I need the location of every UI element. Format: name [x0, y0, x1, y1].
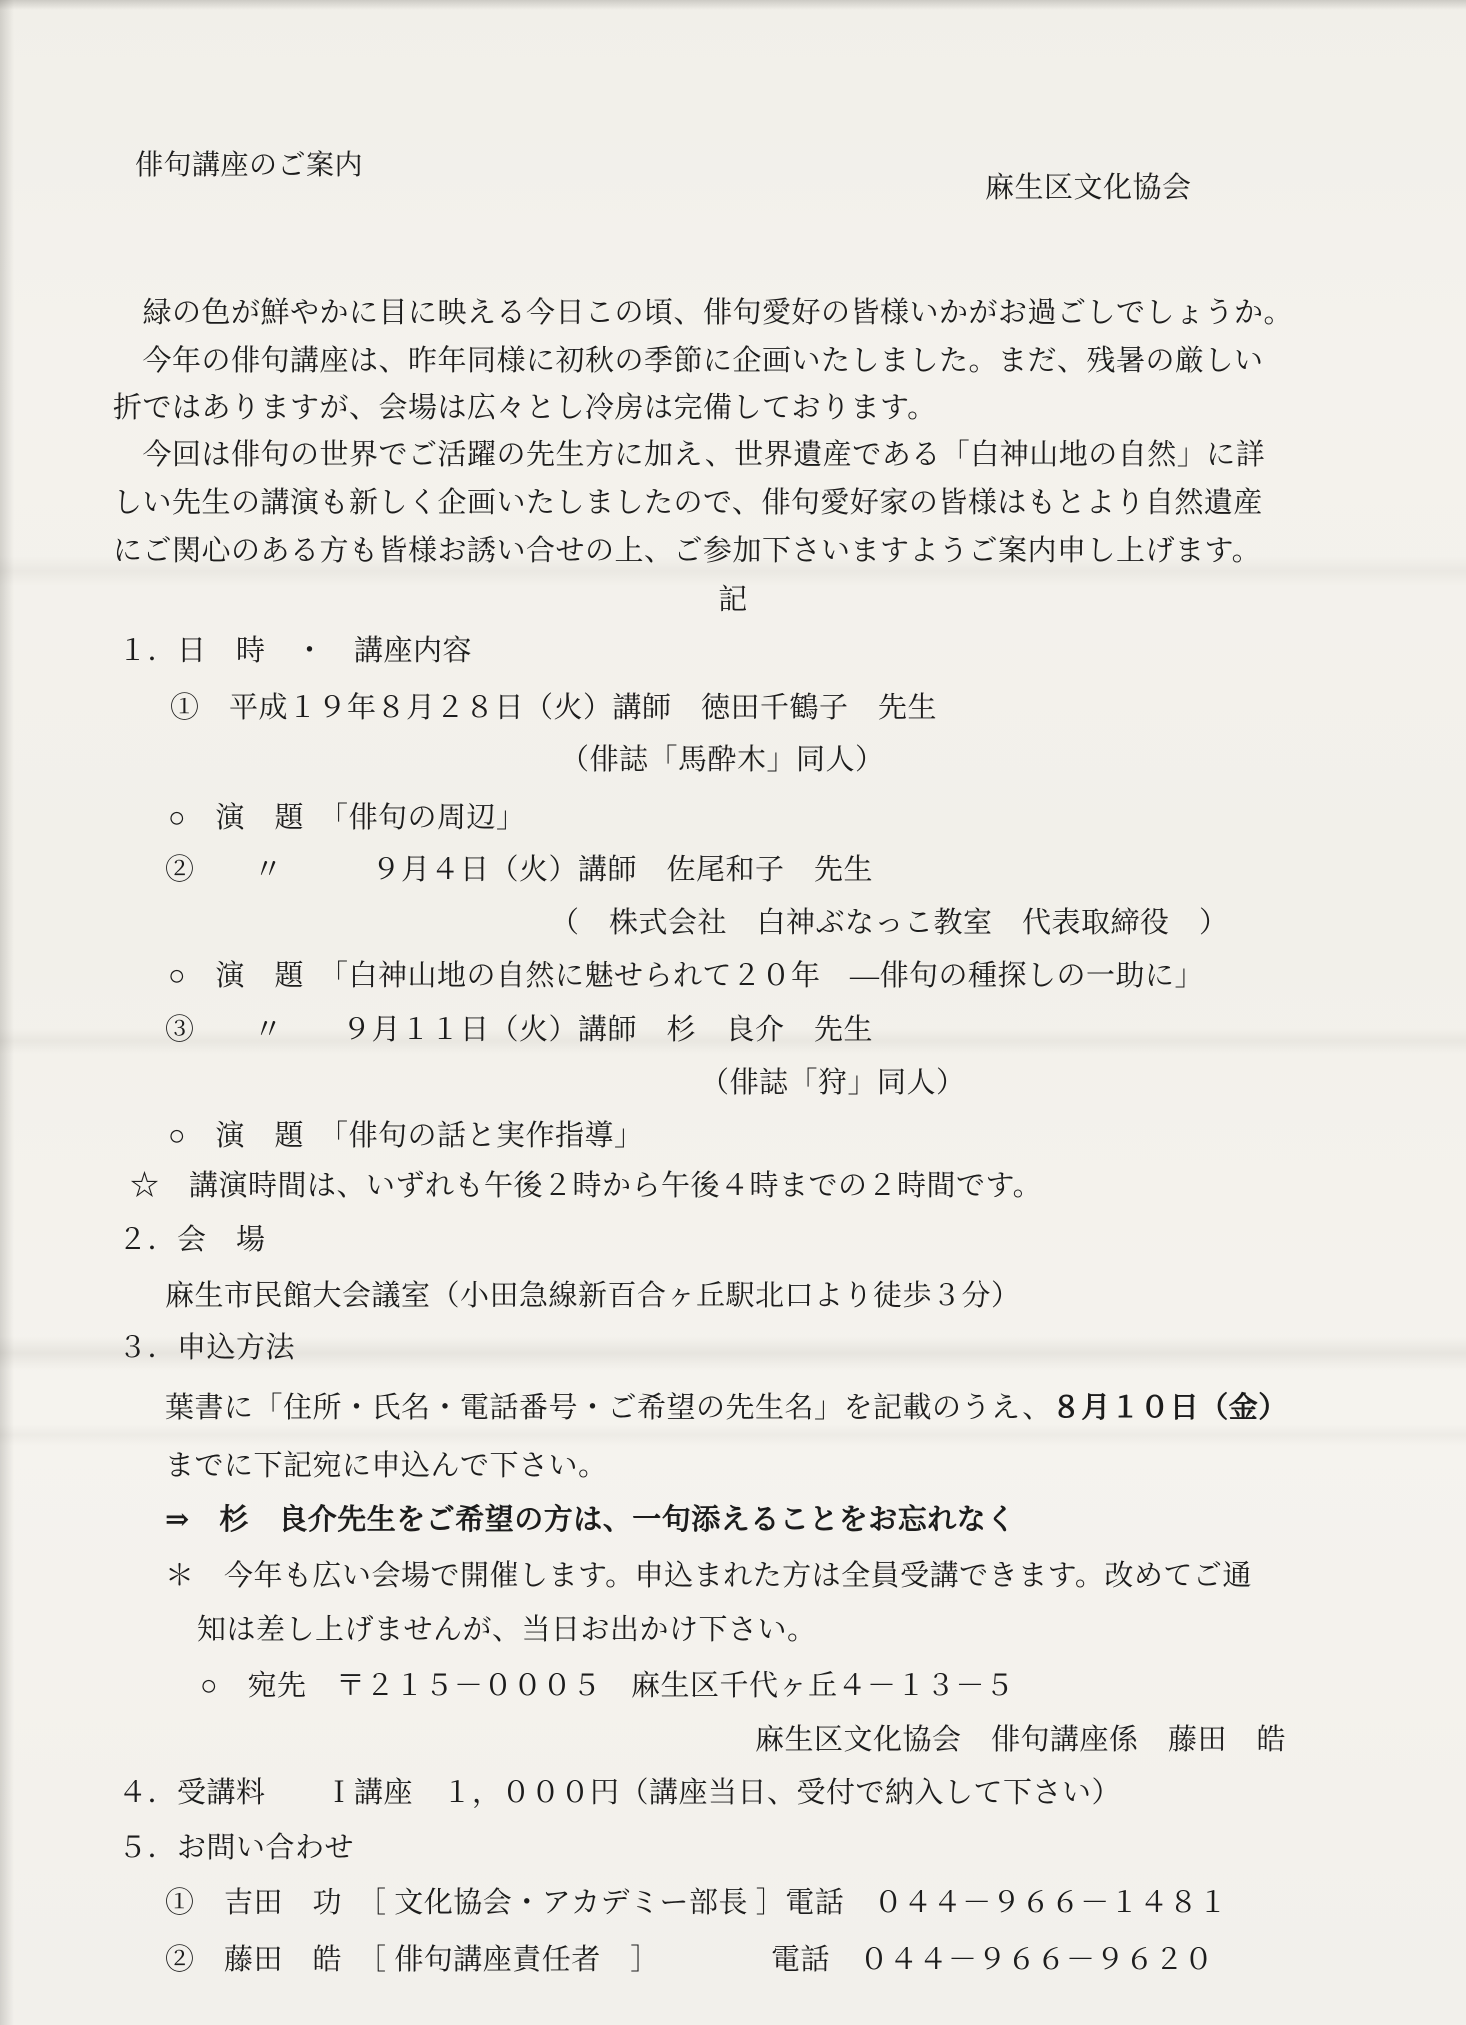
intro-line-2: 今年の俳句講座は、昨年同様に初秋の季節に企画いたしました。まだ、残暑の厳しい: [113, 343, 1264, 379]
schedule-item-2: ② 〃 ９月４日（火）講師 佐尾和子 先生: [165, 852, 873, 888]
schedule-item-3: ③ 〃 ９月１１日（火）講師 杉 良介 先生: [165, 1012, 873, 1048]
schedule-item-1-theme: ○ 演 題 「俳句の周辺」: [168, 800, 526, 836]
schedule-item-1-affiliation: （俳誌「馬酔木」同人）: [560, 742, 885, 778]
application-line-2: までに下記宛に申込んで下さい。: [165, 1448, 608, 1484]
section-1-heading: １．日 時 ・ 講座内容: [118, 633, 472, 669]
schedule-item-3-affiliation: （俳誌「狩」同人）: [700, 1065, 966, 1101]
schedule-item-1: ① 平成１９年８月２８日（火）講師 徳田千鶴子 先生: [170, 690, 937, 726]
inquiry-contact-2: ② 藤田 皓 ［ 俳句講座責任者 ］ 電話 ０４４－９６６－９６２０: [165, 1942, 1214, 1978]
application-star-note-1: ＊ 今年も広い会場で開催します。申込まれた方は全員受講できます。改めてご通: [165, 1558, 1252, 1594]
section-4-heading: ４．受講料 Ｉ講座 １，０００円（講座当日、受付で納入して下さい）: [118, 1775, 1121, 1811]
intro-line-4: 今回は俳句の世界でご活躍の先生方に加え、世界遺産である「白神山地の自然」に詳: [113, 437, 1265, 473]
section-2-heading: ２．会 場: [118, 1222, 266, 1258]
application-arrow-note: ⇒ 杉 良介先生をご希望の方は、一句添えることをお忘れなく: [165, 1502, 1016, 1538]
intro-line-3: 折ではありますが、会場は広々とし冷房は完備しております。: [113, 390, 937, 426]
application-star-note-2: 知は差し上げませんが、当日お出かけ下さい。: [197, 1612, 817, 1648]
organization-name: 麻生区文化協会: [985, 170, 1192, 206]
application-address-2: 麻生区文化協会 俳句講座係 藤田 皓: [755, 1722, 1286, 1758]
application-line-1-text: 葉書に「住所・氏名・電話番号・ご希望の先生名」を記載のうえ、: [165, 1392, 1052, 1424]
scanned-document-page: 俳句講座のご案内 麻生区文化協会 緑の色が鮮やかに目に映える今日この頃、俳句愛好…: [0, 0, 1466, 2025]
scan-crease: [0, 1424, 1466, 1446]
schedule-item-2-theme: ○ 演 題 「白神山地の自然に魅せられて２０年 ―俳句の種探しの一助に」: [168, 958, 1204, 994]
schedule-item-2-affiliation: （ 株式会社 白神ぶなっこ教室 代表取締役 ）: [550, 905, 1229, 941]
inquiry-contact-1: ① 吉田 功 ［ 文化協会・アカデミー部長 ］電話 ０４４－９６６－１４８１: [165, 1885, 1228, 1921]
scan-edge-shadow-top: [0, 0, 1466, 10]
intro-line-5: しい先生の講演も新しく企画いたしましたので、俳句愛好家の皆様はもとより自然遺産: [113, 485, 1263, 521]
document-title: 俳句講座のご案内: [135, 148, 363, 183]
application-deadline: ８月１０日（金）: [1052, 1392, 1288, 1424]
section-3-heading: ３．申込方法: [118, 1330, 295, 1366]
venue-detail: 麻生市民館大会議室（小田急線新百合ヶ丘駅北口より徒歩３分）: [165, 1278, 1021, 1314]
application-line-1: 葉書に「住所・氏名・電話番号・ご希望の先生名」を記載のうえ、８月１０日（金）: [165, 1390, 1288, 1426]
intro-line-6: にご関心のある方も皆様お誘い合せの上、ご参加下さいますようご案内申し上げます。: [113, 533, 1261, 569]
scan-edge-shadow-left: [0, 0, 14, 2025]
section-5-heading: ５．お問い合わせ: [118, 1830, 354, 1866]
record-marker: 記: [0, 582, 1466, 618]
schedule-time-note: ☆ 講演時間は、いずれも午後２時から午後４時までの２時間です。: [130, 1168, 1042, 1204]
application-address-1: ○ 宛先 〒２１５－０００５ 麻生区千代ヶ丘４－１３－５: [200, 1668, 1015, 1704]
intro-line-1: 緑の色が鮮やかに目に映える今日この頃、俳句愛好の皆様いかがお過ごしでしょうか。: [113, 295, 1293, 331]
schedule-item-3-theme: ○ 演 題 「俳句の話と実作指導」: [168, 1118, 644, 1154]
